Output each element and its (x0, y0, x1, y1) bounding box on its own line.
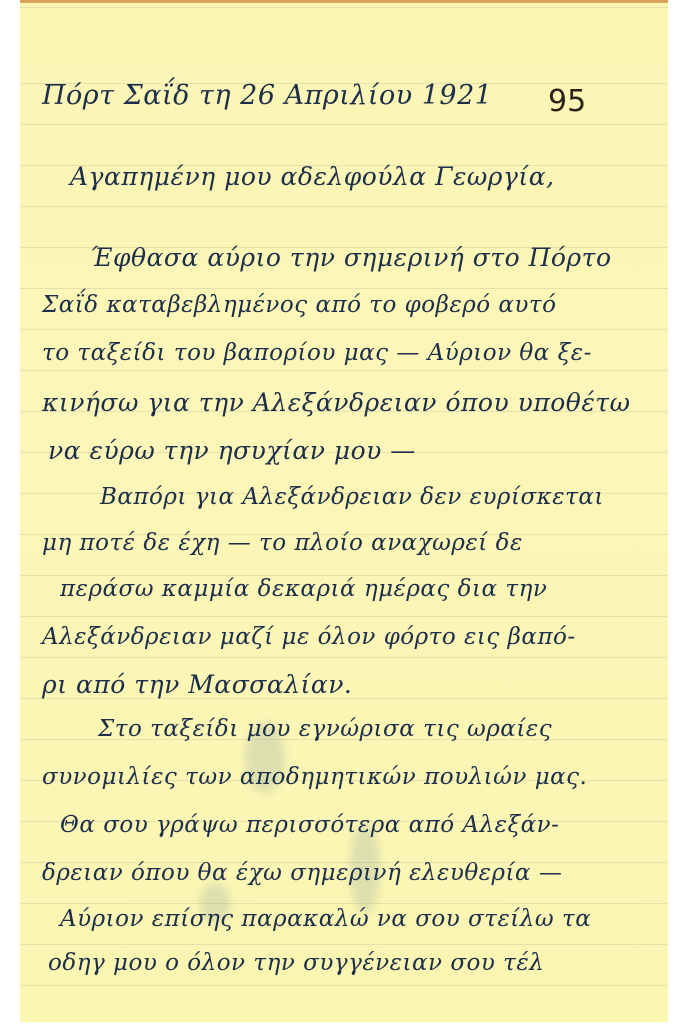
letter-body-line: οδηγ μου ο όλον την συγγένειαν σου τέλ (48, 950, 544, 976)
letter-body-line: Αλεξάνδρειαν μαζί με όλον φόρτο εις βαπό… (42, 624, 576, 650)
letter-body-line: περάσω καμμία δεκαριά ημέρας δια την (60, 576, 547, 602)
letter-body-line: να εύρω την ησυχίαν μου — (48, 436, 416, 465)
letter-body-line: Βαπόρι για Αλεξάνδρειαν δεν ευρίσκεται (100, 484, 604, 510)
letter-body-line: Στο ταξείδι μου εγνώρισα τις ωραίες (98, 716, 552, 742)
letter-body-line: συνομιλίες των αποδημητικών πουλιών μας. (42, 764, 587, 790)
letter-body-line: Σαΐδ καταβεβλημένος από το φοβερό αυτό (42, 292, 557, 318)
letter-body-line: Έφθασα αύριο την σημερινή στο Πόρτο (90, 243, 612, 272)
letter-body-line: το ταξείδι του βαπορίου μας — Αύριον θα … (42, 340, 592, 366)
letter-body-line: μη ποτέ δε έχη — το πλοίο αναχωρεί δε (42, 530, 523, 556)
letter-date-line: Πόρτ Σαΐδ τη 26 Απριλίου 1921 (42, 80, 492, 111)
letter-body-line: δρειαν όπου θα έχω σημερινή ελευθερία — (42, 860, 562, 886)
letter-salutation: Αγαπημένη μου αδελφούλα Γεωργία, (70, 162, 555, 191)
page-number: 95 (548, 84, 586, 119)
letter-body-line: κινήσω για την Αλεξάνδρειαν όπου υποθέτω (42, 388, 631, 417)
letter-body-line: Αύριον επίσης παρακαλώ να σου στείλω τα (60, 906, 591, 932)
letter-body-line: ρι από την Μασσαλίαν. (42, 670, 352, 699)
letter-body-line: Θα σου γράψω περισσότερα από Αλεξάν- (60, 812, 559, 838)
